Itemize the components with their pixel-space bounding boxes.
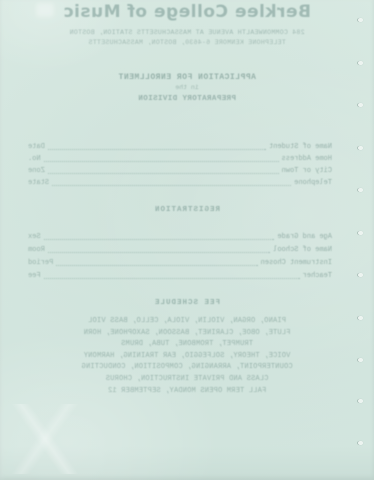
form-row-tail: Period: [28, 259, 53, 267]
form-row-label: Instrument Chosen: [261, 259, 332, 267]
form-row: Home Address No.: [28, 153, 332, 163]
dotted-leader: [48, 246, 270, 253]
form-row-tail: Sex: [28, 233, 41, 241]
fee-schedule-line: VOICE, THEORY, SOLFEGGIO, EAR TRAINING, …: [0, 351, 374, 363]
fee-schedule-line: CLASS AND PRIVATE INSTRUCTION, CHORUS: [0, 374, 374, 386]
form-row: City or Town Zone: [28, 165, 332, 175]
fee-schedule-line: COUNTERPOINT, ARRANGING, COMPOSITION, CO…: [0, 362, 374, 374]
form-row: Name of Student Date: [28, 141, 332, 151]
form-row-label: City or Town: [282, 167, 332, 175]
fee-schedule-line: TRUMPET, TROMBONE, TUBA, DRUMS: [0, 339, 374, 351]
section-heading-registration: REGISTRATION: [0, 206, 374, 214]
dotted-leader: [48, 167, 279, 174]
form-heading-line-2: in the: [0, 84, 374, 91]
fee-schedule-line: FALL TERM OPENS MONDAY, SEPTEMBER 12: [0, 386, 374, 398]
punch-hole: [358, 146, 363, 150]
form-row-tail: Fee: [28, 272, 41, 280]
dotted-leader: [52, 179, 291, 186]
punch-hole: [358, 188, 363, 192]
dotted-leader: [48, 143, 266, 150]
punch-hole: [358, 273, 363, 277]
form-row-tail: Date: [28, 143, 45, 151]
punch-hole: [358, 441, 363, 445]
form-row: Teacher Fee: [28, 270, 332, 280]
form-row: Instrument Chosen Period: [28, 257, 332, 267]
address-line-1: 284 COMMONWEALTH AVENUE AT MASSACHUSETTS…: [0, 29, 374, 36]
form-row-label: Name of School: [273, 246, 332, 254]
dotted-leader: [56, 259, 257, 266]
form-heading-line-3: PREPARATORY DIVISION: [0, 95, 374, 103]
dotted-leader: [44, 272, 300, 279]
section-heading-fees: FEE SCHEDULE: [0, 299, 374, 307]
form-row-label: Teacher: [303, 272, 332, 280]
punch-hole: [358, 358, 363, 362]
form-heading-line-1: APPLICATION FOR ENROLLMENT: [0, 73, 374, 82]
form-row: Age and Grade Sex: [28, 231, 332, 241]
address-line-2: TELEPHONE KENMORE 6-4630, BOSTON, MASSAC…: [0, 39, 374, 46]
fee-schedule-line: FLUTE, OBOE, CLARINET, BASSOON, SAXOPHON…: [0, 328, 374, 340]
form-row: Telephone State: [28, 177, 332, 187]
form-row-tail: Room: [28, 246, 45, 254]
form-row-tail: State: [28, 179, 49, 187]
fee-schedule-line: PIANO, ORGAN, VIOLIN, VIOLA, CELLO, BASS…: [0, 316, 374, 328]
form-row-label: Age and Grade: [277, 233, 332, 241]
scanned-page: Berklee College of Music 284 COMMONWEALT…: [0, 0, 374, 480]
punch-hole: [358, 399, 363, 403]
dotted-leader: [44, 233, 275, 240]
form-row-label: Telephone: [294, 179, 332, 187]
form-row-label: Home Address: [282, 155, 332, 163]
punch-hole: [358, 103, 363, 107]
school-title: Berklee College of Music: [0, 2, 374, 22]
form-row-tail: No.: [28, 155, 41, 163]
fee-schedule-block: PIANO, ORGAN, VIOLIN, VIOLA, CELLO, BASS…: [0, 316, 374, 397]
dotted-leader: [44, 155, 279, 162]
punch-hole: [358, 18, 363, 22]
form-row-label: Name of Student: [269, 143, 332, 151]
form-row: Name of School Room: [28, 244, 332, 254]
bleed-through-layer: Berklee College of Music 284 COMMONWEALT…: [0, 0, 374, 480]
form-row-tail: Zone: [28, 167, 45, 175]
punch-hole: [358, 231, 363, 235]
punch-hole: [358, 316, 363, 320]
punch-hole: [358, 61, 363, 65]
